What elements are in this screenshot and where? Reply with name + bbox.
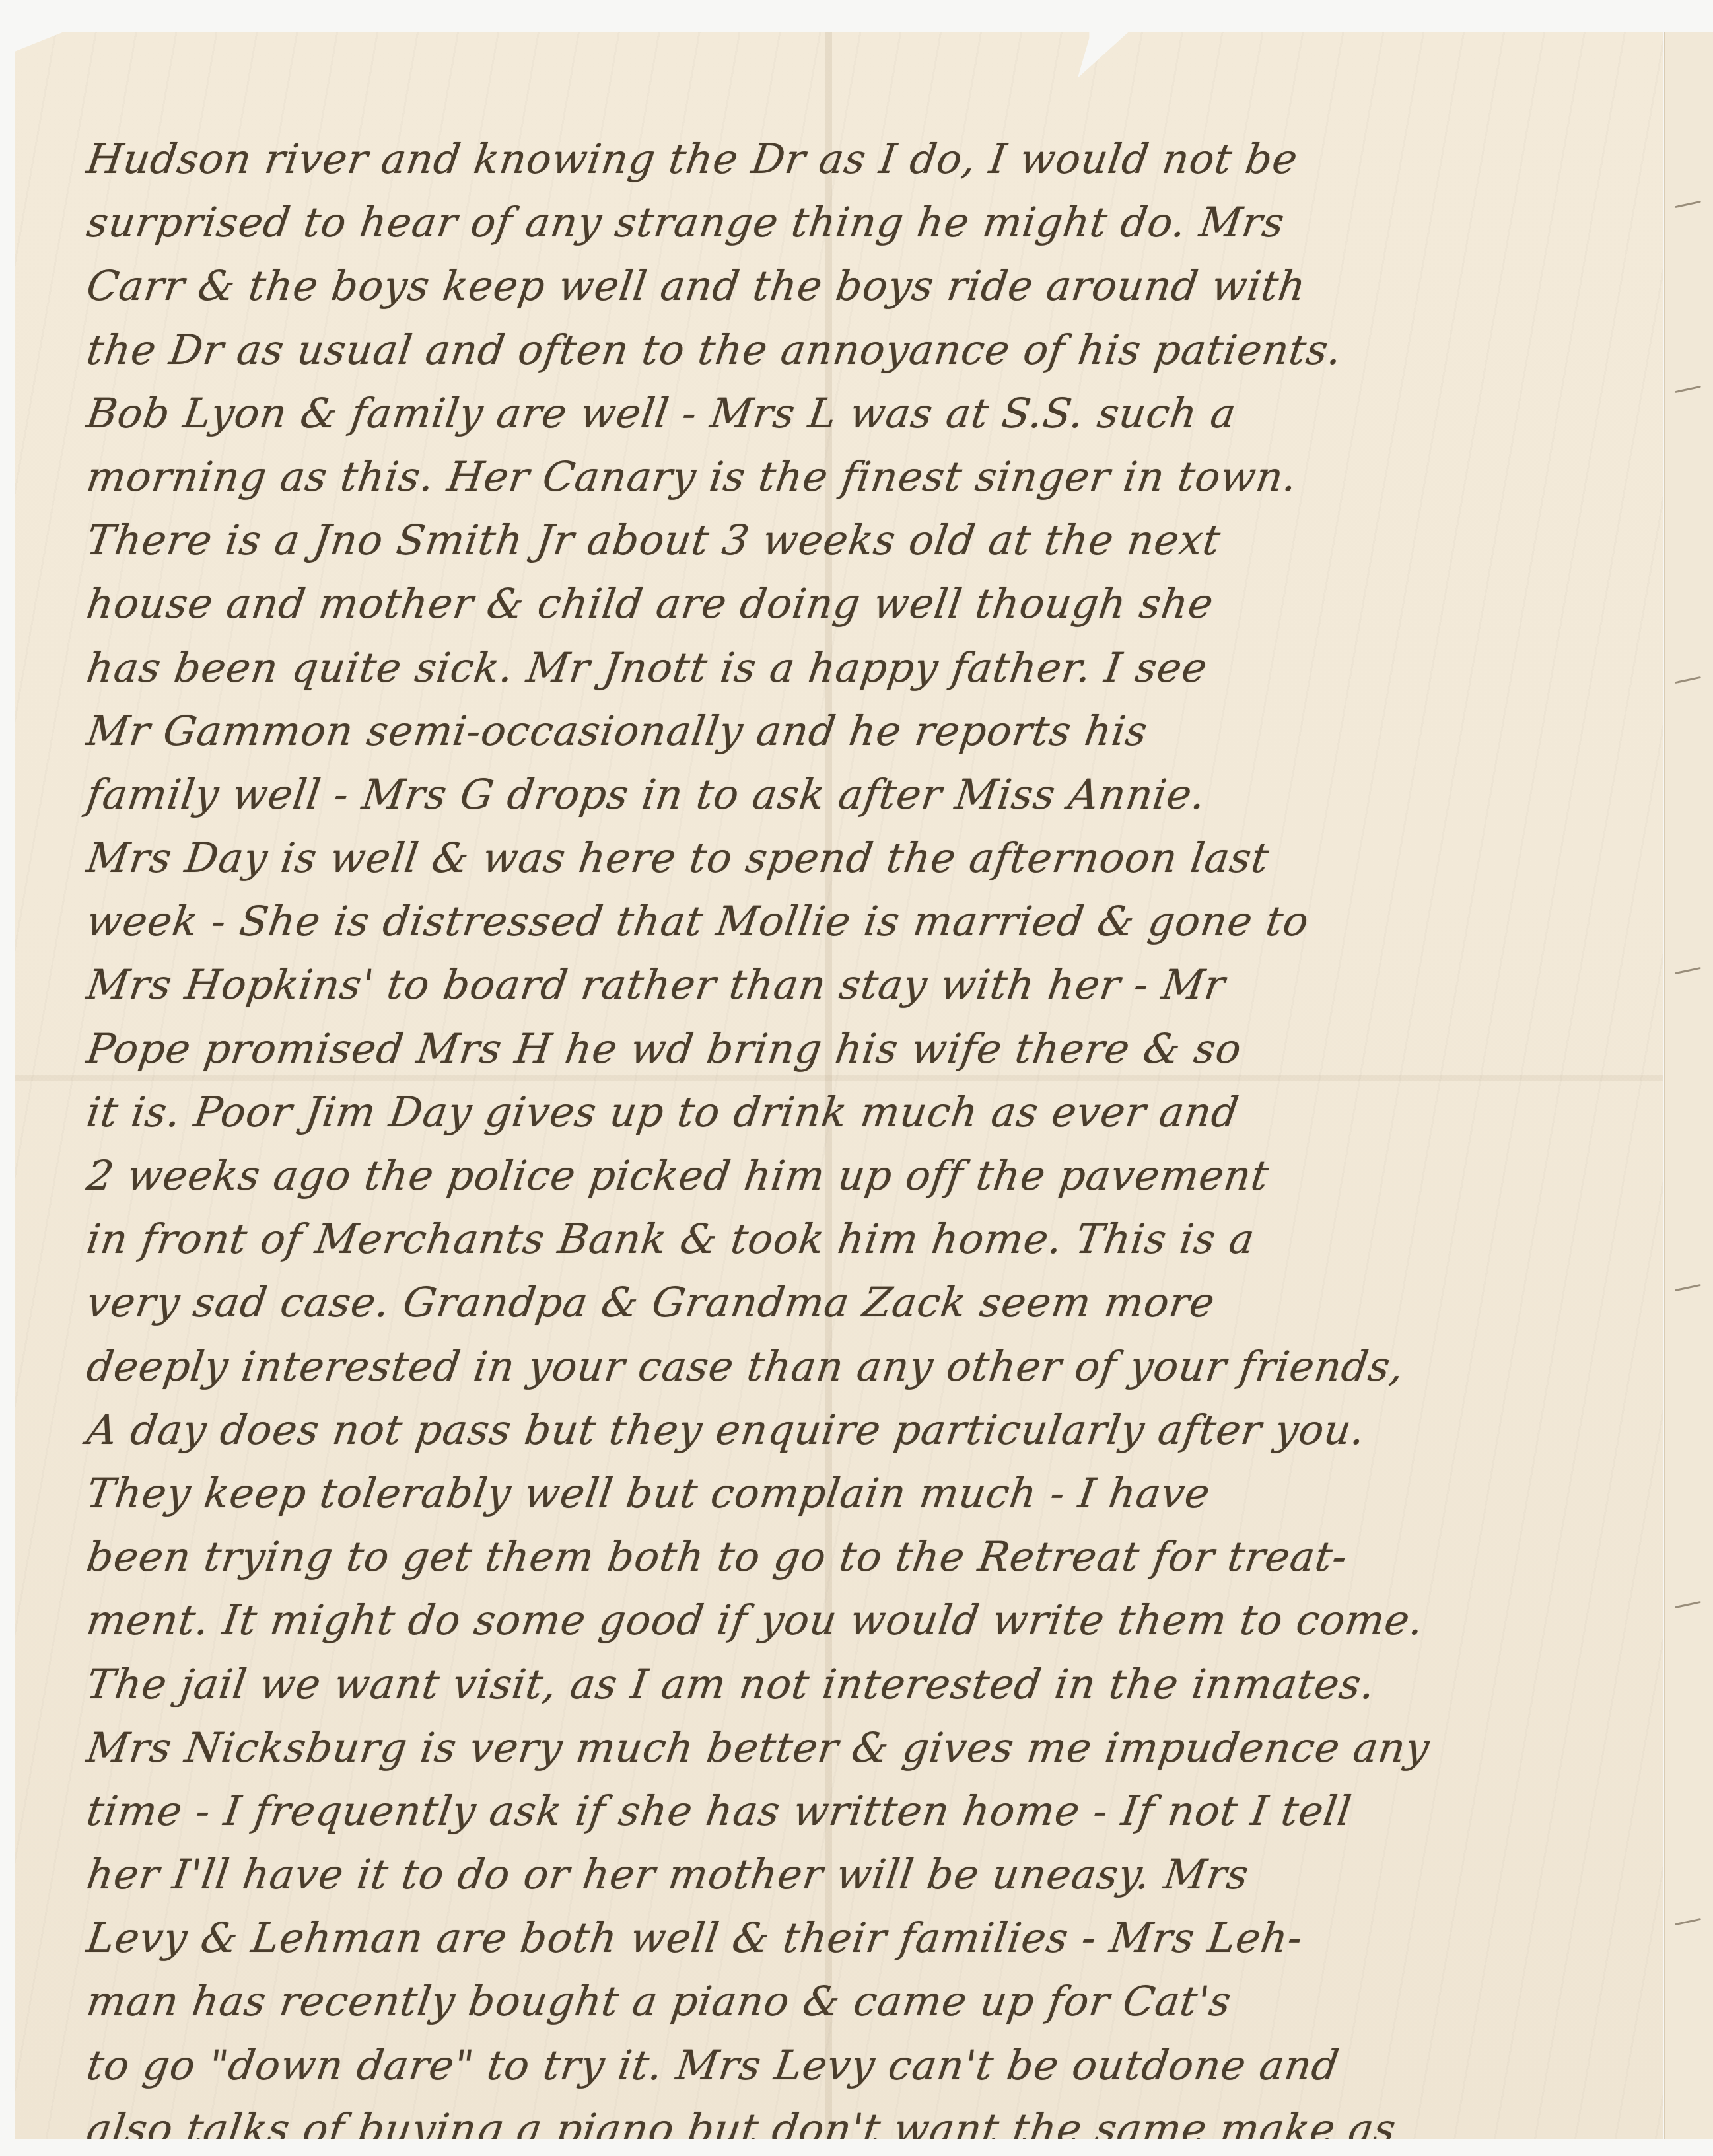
letter-line-1: Hudson river and knowing the Dr as I do,…: [83, 127, 1663, 191]
letter-line-26: Mrs Nicksburg is very much better & give…: [83, 1716, 1663, 1779]
letter-line-14: Mrs Hopkins' to board rather than stay w…: [83, 953, 1663, 1017]
letter-line-24: ment. It might do some good if you would…: [83, 1589, 1663, 1652]
ink-fragment: [1675, 1601, 1701, 1608]
letter-line-12: Mrs Day is well & was here to spend the …: [83, 826, 1663, 890]
letter-line-28: her I'll have it to do or her mother wil…: [83, 1843, 1663, 1906]
letter-line-29: Levy & Lehman are both well & their fami…: [83, 1906, 1663, 1970]
letter-line-3: Carr & the boys keep well and the boys r…: [83, 254, 1663, 318]
letter-line-25: The jail we want visit, as I am not inte…: [83, 1653, 1663, 1716]
ink-fragment: [1675, 1918, 1701, 1925]
letter-line-15: Pope promised Mrs H he wd bring his wife…: [83, 1017, 1663, 1081]
ink-fragment: [1675, 386, 1701, 393]
letter-line-19: very sad case. Grandpa & Grandma Zack se…: [83, 1271, 1663, 1334]
ink-fragment: [1675, 676, 1701, 684]
letter-line-13: week - She is distressed that Mollie is …: [83, 890, 1663, 953]
letter-line-6: morning as this. Her Canary is the fines…: [83, 445, 1663, 509]
letter-line-21: A day does not pass but they enquire par…: [83, 1398, 1663, 1462]
letter-line-11: family well - Mrs G drops in to ask afte…: [83, 763, 1663, 826]
letter-line-16: it is. Poor Jim Day gives up to drink mu…: [83, 1081, 1663, 1144]
handwritten-text-block: Hudson river and knowing the Dr as I do,…: [87, 127, 1659, 2156]
letter-line-27: time - I frequently ask if she has writt…: [83, 1779, 1663, 1843]
adjacent-page-edge: [1664, 32, 1713, 2139]
letter-line-18: in front of Merchants Bank & took him ho…: [83, 1207, 1663, 1271]
letter-line-23: been trying to get them both to go to th…: [83, 1525, 1663, 1589]
letter-line-20: deeply interested in your case than any …: [83, 1335, 1663, 1398]
letter-line-17: 2 weeks ago the police picked him up off…: [83, 1144, 1663, 1207]
letter-line-9: has been quite sick. Mr Jnott is a happy…: [83, 636, 1663, 700]
letter-line-7: There is a Jno Smith Jr about 3 weeks ol…: [83, 509, 1663, 572]
ink-fragment: [1675, 201, 1701, 208]
ink-fragment: [1675, 967, 1701, 974]
letter-page: Hudson river and knowing the Dr as I do,…: [15, 32, 1663, 2139]
letter-line-10: Mr Gammon semi-occasionally and he repor…: [83, 700, 1663, 763]
letter-line-22: They keep tolerably well but complain mu…: [83, 1462, 1663, 1525]
letter-line-2: surprised to hear of any strange thing h…: [83, 191, 1663, 254]
letter-line-30: man has recently bought a piano & came u…: [83, 1970, 1663, 2033]
letter-line-31: to go "down dare" to try it. Mrs Levy ca…: [83, 2034, 1663, 2097]
letter-line-4: the Dr as usual and often to the annoyan…: [83, 318, 1663, 382]
letter-line-8: house and mother & child are doing well …: [83, 572, 1663, 635]
letter-line-5: Bob Lyon & family are well - Mrs L was a…: [83, 382, 1663, 445]
letter-line-32: also talks of buying a piano but don't w…: [83, 2097, 1663, 2156]
ink-fragment: [1675, 1284, 1701, 1291]
